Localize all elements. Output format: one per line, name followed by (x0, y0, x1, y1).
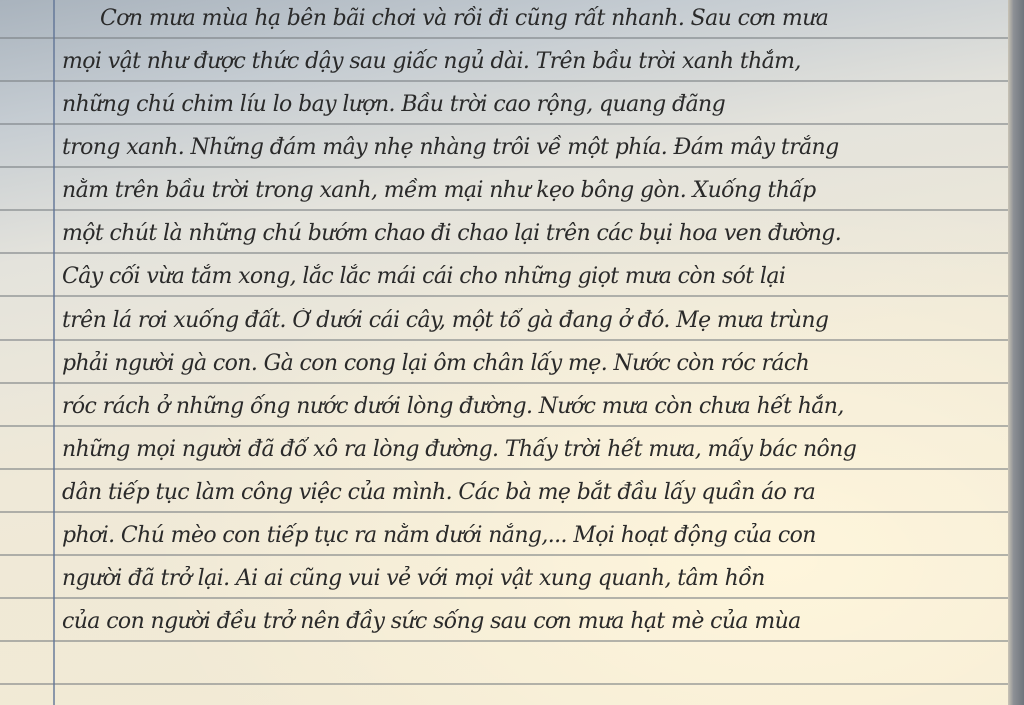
rule-line (0, 80, 1008, 82)
handwritten-line: nằm trên bầu trời trong xanh, mềm mại nh… (62, 178, 997, 203)
notebook-page: Cơn mưa mùa hạ bên bãi chơi và rồi đi cũ… (0, 0, 1008, 705)
rule-line (0, 166, 1008, 168)
handwritten-line: những mọi người đã đổ xô ra lòng đường. … (62, 437, 997, 462)
handwritten-line: của con người đều trở nên đầy sức sống s… (62, 609, 997, 634)
handwritten-line: trong xanh. Những đám mây nhẹ nhàng trôi… (62, 135, 997, 160)
handwritten-line: róc rách ở những ống nước dưới lòng đườn… (62, 394, 997, 419)
rule-line (0, 252, 1008, 254)
handwritten-line: một chút là những chú bướm chao đi chao … (62, 221, 997, 246)
rule-line (0, 511, 1008, 513)
rule-line (0, 37, 1008, 39)
rule-line (0, 425, 1008, 427)
handwritten-line: phơi. Chú mèo con tiếp tục ra nằm dưới n… (62, 523, 997, 548)
handwritten-line: Cây cối vừa tắm xong, lắc lắc mái cái ch… (62, 264, 997, 289)
rule-line (0, 339, 1008, 341)
rule-line (0, 597, 1008, 599)
handwritten-line: mọi vật như được thức dậy sau giấc ngủ d… (62, 49, 997, 74)
rule-line (0, 295, 1008, 297)
handwritten-line: dân tiếp tục làm công việc của mình. Các… (62, 480, 997, 505)
rule-line (0, 554, 1008, 556)
handwritten-line: phải người gà con. Gà con cong lại ôm ch… (62, 351, 997, 376)
handwritten-line: Cơn mưa mùa hạ bên bãi chơi và rồi đi cũ… (100, 6, 1000, 31)
page-edge (1008, 0, 1024, 705)
rule-line (0, 683, 1008, 685)
rule-line (0, 640, 1008, 642)
rule-line (0, 123, 1008, 125)
rule-line (0, 468, 1008, 470)
margin-line (53, 0, 55, 705)
handwritten-line: trên lá rơi xuống đất. Ở dưới cái cây, m… (62, 308, 997, 333)
handwritten-line: người đã trở lại. Ai ai cũng vui vẻ với … (62, 566, 997, 591)
rule-line (0, 209, 1008, 211)
rule-line (0, 382, 1008, 384)
handwritten-line: những chú chim líu lo bay lượn. Bầu trời… (62, 92, 997, 117)
